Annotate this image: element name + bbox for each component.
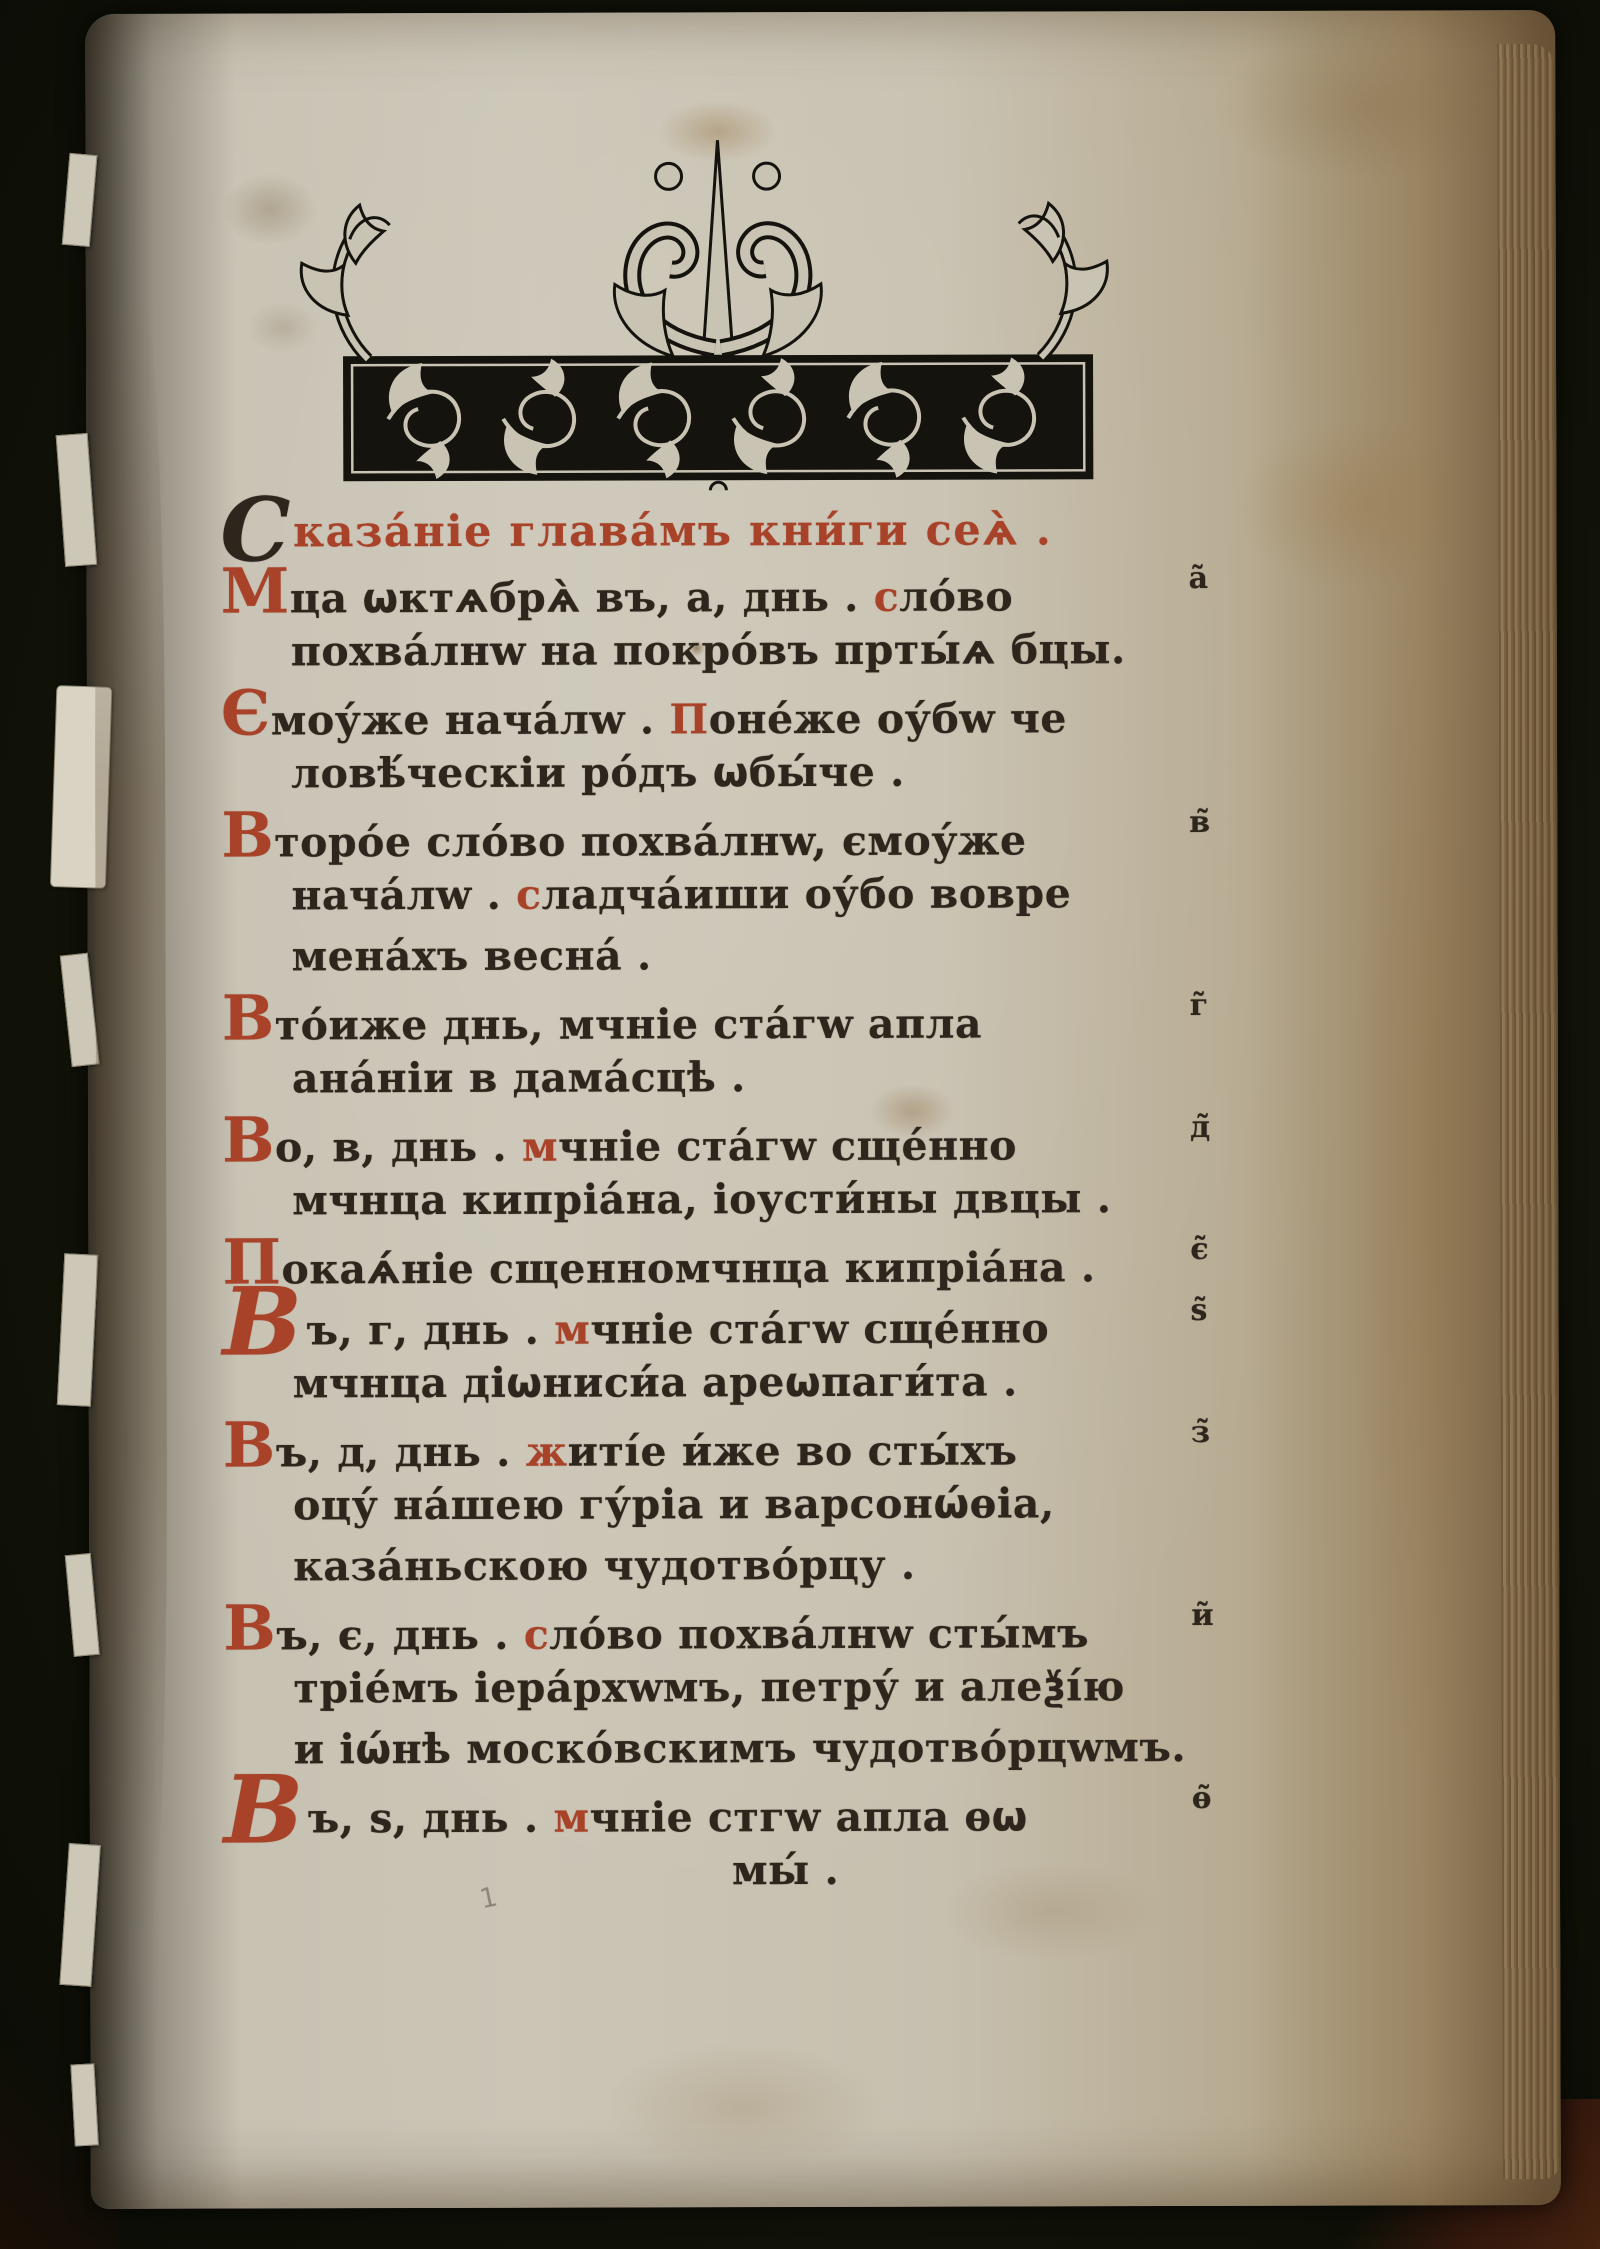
line-segment: тóиже днь, мчніе стáгw апла [275,1000,983,1050]
initial-letter: В [223,1591,276,1664]
text-line: Въ, д, днь . житíе и́же во сты́хъз̃ [223,1412,1273,1476]
line-segment: окаѧ́ніе сщенномчнца кипріáна . [281,1243,1095,1293]
text-line: менáхъ веснá . [222,924,1272,988]
line-segment: ца ѡктѧбрѧ̀ въ, а, днь . [290,573,874,623]
initial-letter: М [221,554,290,627]
line-segment: ъ, є, днь . [276,1611,524,1660]
line-segment: ж [526,1428,568,1476]
chapter-number: г̃ [1190,991,1209,1021]
chapter-number: д̃ [1190,1113,1211,1143]
line-segment: торóе слóво похвáлнw, ємоу́же [274,816,1027,866]
initial-letter: Є [221,676,271,749]
line-segment: онéже оу́бw че [709,694,1067,743]
spine-fray [70,2063,98,2146]
book-page: Сказáніе главáмъ кни́ги сеѧ̀ .Мца ѡктѧбр… [85,10,1561,2209]
line-segment: ладчáиши оу́бо вовре [542,869,1072,918]
line-segment: чніе стгw апла ѳѡ [589,1792,1027,1841]
line-segment: лóво похвáлнw сты́мъ [549,1609,1089,1658]
fore-edge [1497,44,1561,2179]
initial-letter: В [222,981,275,1054]
text-line: Сказáніе главáмъ кни́ги сеѧ̀ . [220,497,1270,561]
text-block: Сказáніе главáмъ кни́ги сеѧ̀ .Мца ѡктѧбр… [220,497,1274,1903]
line-segment: начáлw . [291,871,516,920]
headpiece-woodcut [202,117,1123,491]
line-segment: моу́же начáлw . [271,695,670,744]
text-line: мчнца діѡниси́а ареѡпаги́та . [223,1351,1273,1415]
line-segment: о, в, днь . [275,1123,522,1172]
line-segment: анáніи в дамáсцѣ . [292,1053,746,1102]
text-line: Во, в, днь . мчніе стáгw сщéннод̃ [222,1107,1272,1171]
text-line: ловѣ́ческіи рóдъ ѡбы́че . [221,741,1271,805]
chapter-number: ѕ̃ [1190,1296,1207,1326]
line-segment: тріéмъ іерáрхwмъ, петру́ и алеѯíю [293,1662,1124,1712]
line-segment: чніе стáгw сщéнно [558,1121,1017,1170]
text-line: казáньскою чудотвóрцу . [223,1534,1273,1598]
line-segment: ъ, д, днь . [276,1428,526,1477]
text-line: и іѡ́нѣ москóвскимъ чудотвóрцwмъ. [224,1717,1274,1781]
text-line: мчнца кипріáна, іоусти́ны двцы . [222,1168,1272,1232]
line-segment: мы́ . [732,1846,839,1894]
chapter-number: а̃ [1189,564,1209,594]
line-segment: м [553,1794,589,1842]
line-segment: казáніе главáмъ кни́ги сеѧ̀ . [293,505,1052,557]
chapter-number: и̃ [1191,1601,1214,1631]
text-line: Покаѧ́ніе сщенномчнца кипріáна .є̃ [222,1229,1272,1293]
text-line: Въ, є, днь . слóво похвáлнw сты́мъи̃ [223,1595,1273,1659]
text-line: тріéмъ іерáрхwмъ, петру́ и алеѯíю [223,1656,1273,1720]
text-line: Ємоу́же начáлw . Понéже оу́бw че [221,680,1271,744]
text-line: анáніи в дамáсцѣ . [222,1046,1272,1110]
text-line: Вторóе слóво похвáлнw, ємоу́жев̃ [221,802,1271,866]
line-segment: мчнца діѡниси́а ареѡпаги́та . [293,1357,1018,1407]
line-segment: итíе и́же во сты́хъ [568,1426,1018,1475]
line-segment: лóво [899,573,1013,621]
line-segment: оцу́ нáшею гу́ріа и варсонѡ́ѳіа, [293,1479,1055,1529]
line-segment: ловѣ́ческіи рóдъ ѡбы́че . [291,748,905,798]
text-line: начáлw . сладчáиши оу́бо вовре [221,863,1271,927]
line-segment: м [554,1306,590,1354]
text-line: Въ, г, днь . мчніе стáгw сщéнноѕ̃ [222,1290,1272,1354]
text-line: мы́ . [224,1839,1274,1903]
initial-letter: В [223,1408,276,1481]
text-line: похвáлнw на покрóвъ прты́ѧ бцы. [221,619,1271,683]
text-line: Втóиже днь, мчніе стáгw аплаг̃ [222,985,1272,1049]
line-segment: с [524,1611,550,1659]
chapter-number: в̃ [1189,808,1210,838]
initial-letter: В [221,798,274,871]
chapter-number: ѳ̃ [1192,1784,1212,1814]
chapter-number: є̃ [1190,1235,1209,1265]
line-segment: ъ, ѕ, днь . [308,1794,554,1843]
text-line: Въ, ѕ, днь . мчніе стгw апла ѳѡѳ̃ [224,1778,1274,1842]
line-segment: казáньскою чудотвóрцу . [293,1541,916,1591]
line-segment: с [516,871,542,919]
line-segment: похвáлнw на покрóвъ прты́ѧ бцы. [291,625,1126,675]
repair-tab [50,685,112,889]
text-line: оцу́ нáшею гу́ріа и варсонѡ́ѳіа, [223,1473,1273,1537]
photo-background: { "colors": { "ink": "#2e261c", "red": "… [0,0,1600,2249]
line-segment: м [522,1123,558,1171]
initial-letter: В [222,1103,275,1176]
line-segment: П [669,695,708,743]
chapter-number: з̃ [1191,1418,1211,1448]
line-segment: мчнца кипріáна, іоусти́ны двцы . [292,1174,1111,1224]
line-segment: менáхъ веснá . [292,931,652,980]
line-segment: и іѡ́нѣ москóвскимъ чудотвóрцwмъ. [294,1723,1187,1773]
line-segment: с [874,573,900,621]
line-segment: ъ, г, днь . [306,1306,554,1355]
line-segment: чніе стáгw сщéнно [590,1304,1049,1353]
stain [602,2042,882,2173]
text-line: Мца ѡктѧбрѧ̀ въ, а, днь . слóвоа̃ [221,558,1271,622]
